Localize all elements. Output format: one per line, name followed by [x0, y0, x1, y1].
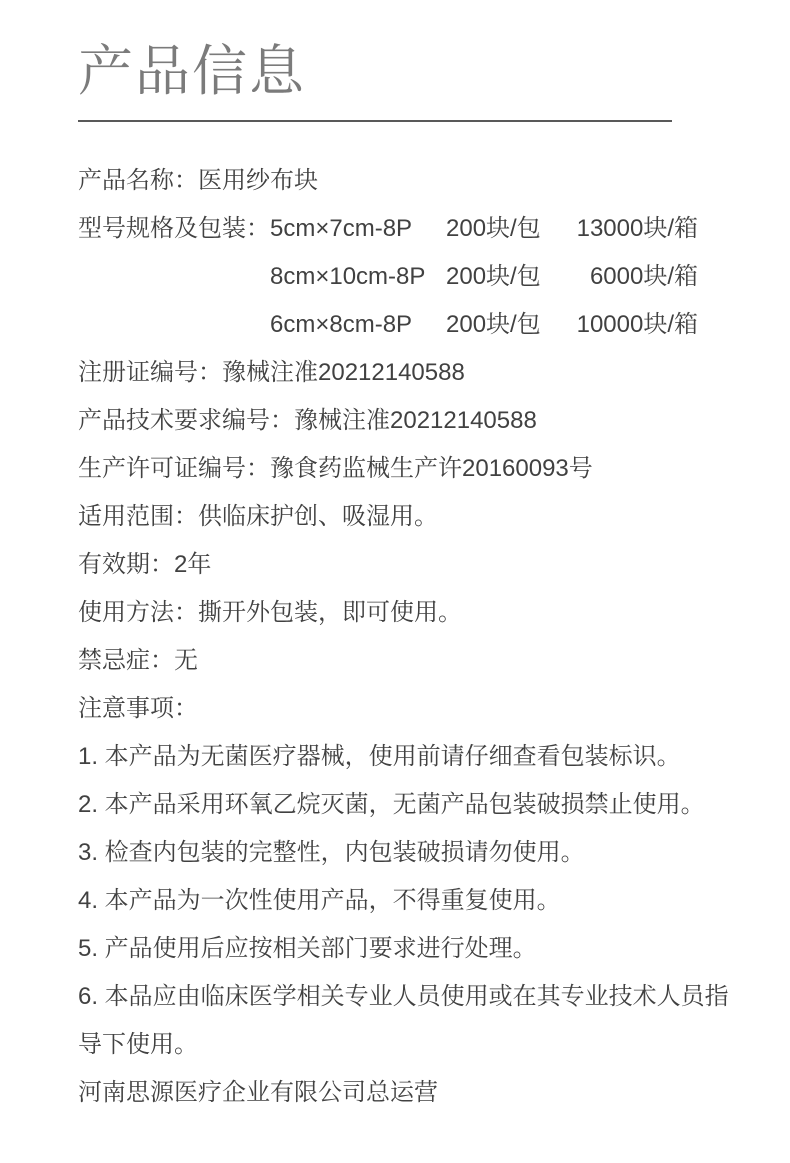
spec-label-spacer	[78, 301, 270, 349]
field-label: 产品技术要求编号：	[78, 407, 294, 434]
field-label: 禁忌症：	[78, 647, 174, 674]
spec-label: 型号规格及包装：	[78, 205, 270, 253]
note-item-1: 1. 本产品为无菌医疗器械，使用前请仔细查看包装标识。	[78, 733, 762, 781]
field-value: 撕开外包装，即可使用。	[198, 599, 462, 626]
field-row-shelf-life: 有效期：2年	[78, 541, 762, 589]
field-value: 豫食药监械生产许20160093号	[270, 455, 593, 482]
title-divider	[78, 120, 672, 122]
field-row-registration-no: 注册证编号：豫械注准20212140588	[78, 349, 762, 397]
field-label: 生产许可证编号：	[78, 455, 270, 482]
operator-line: 河南思源医疗企业有限公司总运营	[78, 1069, 762, 1117]
spec-per-pack: 200块/包	[446, 205, 576, 253]
field-row-production-license-no: 生产许可证编号：豫食药监械生产许20160093号	[78, 445, 762, 493]
field-row-technical-req-no: 产品技术要求编号：豫械注准20212140588	[78, 397, 762, 445]
note-item-4: 4. 本产品为一次性使用产品，不得重复使用。	[78, 877, 762, 925]
spec-row: 型号规格及包装： 5cm×7cm-8P 200块/包 13000块/箱	[78, 205, 762, 253]
field-row-usage-method: 使用方法：撕开外包装，即可使用。	[78, 589, 762, 637]
field-value: 供临床护创、吸湿用。	[198, 503, 438, 530]
product-info-section: 产品信息 产品名称：医用纱布块 型号规格及包装： 5cm×7cm-8P 200块…	[0, 0, 790, 1163]
spec-row: 6cm×8cm-8P 200块/包 10000块/箱	[78, 301, 762, 349]
spec-per-pack: 200块/包	[446, 301, 576, 349]
product-name-row: 产品名称：医用纱布块	[78, 157, 762, 205]
product-name-value: 医用纱布块	[198, 167, 318, 194]
notes-heading: 注意事项：	[78, 685, 762, 733]
note-item-5: 5. 产品使用后应按相关部门要求进行处理。	[78, 925, 762, 973]
field-label: 使用方法：	[78, 599, 198, 626]
spec-size: 8cm×10cm-8P	[270, 253, 446, 301]
field-value: 2年	[174, 551, 211, 578]
field-label: 适用范围：	[78, 503, 198, 530]
note-item-6: 6. 本品应由临床医学相关专业人员使用或在其专业技术人员指导下使用。	[78, 973, 736, 1069]
product-name-label: 产品名称：	[78, 167, 198, 194]
note-item-3: 3. 检查内包装的完整性，内包装破损请勿使用。	[78, 829, 762, 877]
field-value: 豫械注准20212140588	[222, 359, 465, 386]
spec-row: 8cm×10cm-8P 200块/包 6000块/箱	[78, 253, 762, 301]
spec-label-spacer	[78, 253, 270, 301]
spec-per-box: 6000块/箱	[576, 253, 698, 301]
spec-per-box: 13000块/箱	[576, 205, 698, 253]
spec-per-pack: 200块/包	[446, 253, 576, 301]
field-value: 豫械注准20212140588	[294, 407, 537, 434]
spec-size: 6cm×8cm-8P	[270, 301, 446, 349]
field-value: 无	[174, 647, 198, 674]
note-item-2: 2. 本产品采用环氧乙烷灭菌，无菌产品包装破损禁止使用。	[78, 781, 762, 829]
spec-per-box: 10000块/箱	[576, 301, 698, 349]
field-row-scope-of-use: 适用范围：供临床护创、吸湿用。	[78, 493, 762, 541]
field-label: 注册证编号：	[78, 359, 222, 386]
product-info-content: 产品名称：医用纱布块 型号规格及包装： 5cm×7cm-8P 200块/包 13…	[78, 157, 762, 1117]
page-title: 产品信息	[78, 36, 762, 106]
field-row-contraindications: 禁忌症：无	[78, 637, 762, 685]
spec-size: 5cm×7cm-8P	[270, 205, 446, 253]
field-label: 有效期：	[78, 551, 174, 578]
